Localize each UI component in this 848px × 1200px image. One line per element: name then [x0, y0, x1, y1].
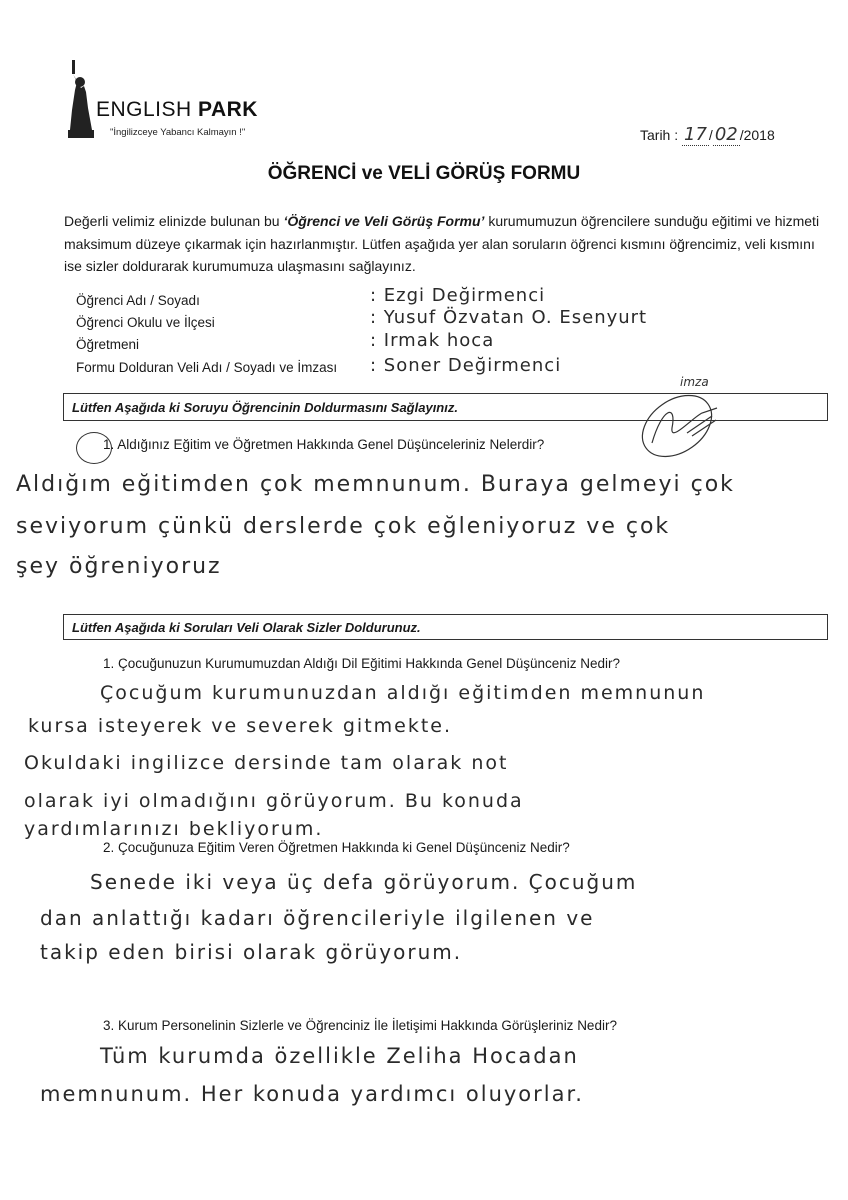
- parent-answer-line[interactable]: kursa isteyerek ve severek gitmekte.: [28, 715, 452, 737]
- parent-question-2: 2. Çocuğunuza Eğitim Veren Öğretmen Hakk…: [103, 840, 570, 855]
- intro-paragraph: Değerli velimiz elinizde bulunan bu ‘Öğr…: [64, 210, 834, 278]
- form-date: Tarih : 17/02/2018: [640, 124, 775, 145]
- statue-of-liberty-icon: [64, 60, 98, 140]
- parent-name-label: Formu Dolduran Veli Adı / Soyadı ve İmza…: [76, 360, 337, 375]
- parent-question-3: 3. Kurum Personelinin Sizlerle ve Öğrenc…: [103, 1018, 617, 1033]
- student-instruction: Lütfen Aşağıda ki Soruyu Öğrencinin Dold…: [72, 400, 458, 415]
- brand-logo: ENGLISH PARK: [96, 98, 258, 122]
- date-month[interactable]: 02: [713, 124, 740, 146]
- student-answer-line[interactable]: seviyorum çünkü derslerde çok eğleniyoru…: [16, 514, 670, 539]
- student-answer-line[interactable]: Aldığım eğitimden çok memnunum. Buraya g…: [16, 472, 735, 497]
- student-name-label: Öğrenci Adı / Soyadı: [76, 293, 200, 308]
- signature-label: imza: [680, 375, 709, 389]
- student-school-field[interactable]: : Yusuf Özvatan O. Esenyurt: [370, 307, 647, 328]
- parent-answer-line[interactable]: takip eden birisi olarak görüyorum.: [40, 940, 462, 964]
- parent-answer-line[interactable]: Okuldaki ingilizce dersinde tam olarak n…: [24, 752, 508, 774]
- parent-answer-line[interactable]: olarak iyi olmadığını görüyorum. Bu konu…: [24, 790, 524, 812]
- brand-slogan: "İngilizceye Yabancı Kalmayın !": [110, 127, 245, 138]
- student-instruction-box: Lütfen Aşağıda ki Soruyu Öğrencinin Dold…: [63, 393, 828, 421]
- parent-answer-line[interactable]: dan anlattığı kadarı öğrencileriyle ilgi…: [40, 906, 594, 930]
- parent-name-field[interactable]: : Soner Değirmenci: [370, 355, 561, 376]
- teacher-field[interactable]: : Irmak hoca: [370, 330, 494, 351]
- page-title: ÖĞRENCİ ve VELİ GÖRÜŞ FORMU: [0, 163, 848, 185]
- parent-instruction: Lütfen Aşağıda ki Soruları Veli Olarak S…: [72, 620, 421, 635]
- teacher-label: Öğretmeni: [76, 337, 139, 352]
- student-question-1: 1. Aldığınız Eğitim ve Öğretmen Hakkında…: [103, 437, 544, 452]
- parent-instruction-box: Lütfen Aşağıda ki Soruları Veli Olarak S…: [63, 614, 828, 640]
- date-label: Tarih :: [640, 127, 678, 143]
- student-name-field[interactable]: : Ezgi Değirmenci: [370, 285, 545, 306]
- parent-answer-line[interactable]: Tüm kurumda özellikle Zeliha Hocadan: [100, 1044, 579, 1068]
- parent-answer-line[interactable]: Çocuğum kurumunuzdan aldığı eğitimden me…: [100, 682, 705, 704]
- parent-answer-line[interactable]: yardımlarınızı bekliyorum.: [24, 818, 323, 840]
- student-school-label: Öğrenci Okulu ve İlçesi: [76, 315, 215, 330]
- date-year: /2018: [740, 127, 775, 143]
- student-answer-line[interactable]: şey öğreniyoruz: [16, 554, 222, 579]
- parent-answer-line[interactable]: memnunum. Her konuda yardımcı oluyorlar.: [40, 1082, 584, 1106]
- parent-answer-line[interactable]: Senede iki veya üç defa görüyorum. Çocuğ…: [90, 870, 637, 894]
- parent-question-1: 1. Çocuğunuzun Kurumumuzdan Aldığı Dil E…: [103, 656, 620, 671]
- date-day[interactable]: 17: [682, 124, 709, 146]
